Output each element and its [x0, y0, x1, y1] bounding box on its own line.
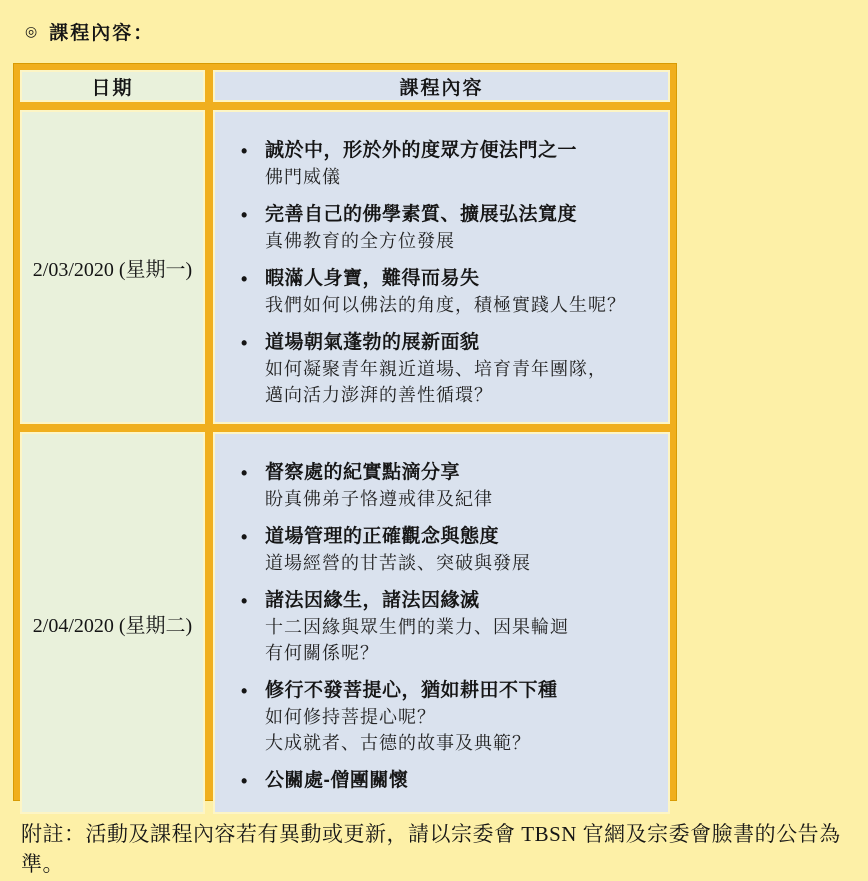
course-item-title: 完善自己的佛學素質、擴展弘法寬度 [265, 202, 660, 228]
course-item: • 道場朝氣蓬勃的展新面貌 如何凝聚青年親近道場、培育青年團隊， 邁向活力澎湃的… [237, 330, 660, 408]
course-item-subline: 有何關係呢？ [265, 640, 660, 666]
course-item-title: 道場朝氣蓬勃的展新面貌 [265, 330, 660, 356]
course-item: • 公關處-僧團關懷 [237, 768, 660, 794]
footer-note: 附註：活動及課程內容若有異動或更新，請以宗委會 TBSN 官網及宗委會臉書的公告… [21, 818, 861, 878]
date-cell-row2: 2/04/2020 (星期二) [20, 432, 205, 814]
course-item-title: 諸法因緣生，諸法因緣滅 [265, 588, 660, 614]
course-item: • 完善自己的佛學素質、擴展弘法寬度 真佛教育的全方位發展 [237, 202, 660, 254]
date-cell-row1: 2/03/2020 (星期一) [20, 110, 205, 424]
course-item-subline: 如何凝聚青年親近道場、培育青年團隊， [265, 356, 660, 382]
bullet-icon: • [237, 678, 265, 756]
bullet-icon: • [237, 524, 265, 576]
bullet-icon: • [237, 266, 265, 318]
column-header-content: 課程內容 [213, 70, 670, 102]
course-item-subline: 盼真佛弟子恪遵戒律及紀律 [265, 486, 660, 512]
course-item-title: 督察處的紀實點滴分享 [265, 460, 660, 486]
course-item-subline: 我們如何以佛法的角度，積極實踐人生呢？ [265, 292, 660, 318]
course-item-subline: 真佛教育的全方位發展 [265, 228, 660, 254]
course-item-title: 道場管理的正確觀念與態度 [265, 524, 660, 550]
course-item: • 諸法因緣生，諸法因緣滅 十二因緣與眾生們的業力、因果輪迴 有何關係呢？ [237, 588, 660, 666]
course-item: • 道場管理的正確觀念與態度 道場經營的甘苦談、突破與發展 [237, 524, 660, 576]
bullet-icon: • [237, 330, 265, 408]
course-item-title: 公關處-僧團關懷 [265, 768, 660, 794]
course-item-title: 修行不發菩提心，猶如耕田不下種 [265, 678, 660, 704]
course-item-subline: 道場經營的甘苦談、突破與發展 [265, 550, 660, 576]
content-cell-row2: • 督察處的紀實點滴分享 盼真佛弟子恪遵戒律及紀律 • 道場管理的正確觀念與態度… [213, 432, 670, 814]
course-item-title: 暇滿人身寶，難得而易失 [265, 266, 660, 292]
course-item: • 暇滿人身寶，難得而易失 我們如何以佛法的角度，積極實踐人生呢？ [237, 266, 660, 318]
course-item: • 督察處的紀實點滴分享 盼真佛弟子恪遵戒律及紀律 [237, 460, 660, 512]
course-item-subline: 如何修持菩提心呢？ [265, 704, 660, 730]
course-item: • 誠於中，形於外的度眾方便法門之一 佛門威儀 [237, 138, 660, 190]
document-page: ◎ 課程內容： 日期 課程內容 2/03/2020 (星期一) • 誠於中，形於… [0, 0, 868, 881]
course-item-subline: 佛門威儀 [265, 164, 660, 190]
bullseye-marker-icon: ◎ [25, 23, 39, 40]
page-title-text: 課程內容： [49, 18, 154, 45]
bullet-icon: • [237, 202, 265, 254]
course-item: • 修行不發菩提心，猶如耕田不下種 如何修持菩提心呢？ 大成就者、古德的故事及典… [237, 678, 660, 756]
page-title: ◎ 課程內容： [25, 18, 154, 45]
course-item-subline: 邁向活力澎湃的善性循環？ [265, 382, 660, 408]
bullet-icon: • [237, 768, 265, 794]
bullet-icon: • [237, 460, 265, 512]
bullet-icon: • [237, 588, 265, 666]
course-item-subline: 大成就者、古德的故事及典範？ [265, 730, 660, 756]
course-item-title: 誠於中，形於外的度眾方便法門之一 [265, 138, 660, 164]
bullet-icon: • [237, 138, 265, 190]
content-cell-row1: • 誠於中，形於外的度眾方便法門之一 佛門威儀 • 完善自己的佛學素質、擴展弘法… [213, 110, 670, 424]
course-schedule-table: 日期 課程內容 2/03/2020 (星期一) • 誠於中，形於外的度眾方便法門… [14, 64, 676, 800]
course-item-subline: 十二因緣與眾生們的業力、因果輪迴 [265, 614, 660, 640]
column-header-date: 日期 [20, 70, 205, 102]
